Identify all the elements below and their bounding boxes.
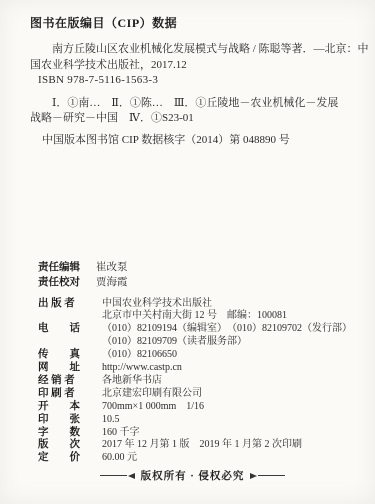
info-row-printer: 印 刷 者 北京建宏印刷有限公司 [38, 388, 355, 401]
staff-credits: 责任编辑 崔改泵 责任校对 贾海霞 [30, 260, 355, 290]
classification-line-2: 战略－研究－中国 Ⅳ．①S23-01 [30, 111, 355, 127]
book-title-entry: 南方丘陵山区农业机械化发展模式与战略 / 陈聪等著．—北京：中 国农业科学技术出… [30, 42, 355, 73]
fax-label: 传 真 [38, 349, 94, 362]
copyright-banner: 版权所有 · 侵权必究 [30, 468, 355, 483]
info-row-wordcount: 字 数 160 千字 [38, 427, 355, 440]
edition-label: 版 次 [38, 439, 94, 452]
price-value: 60.00 元 [102, 452, 137, 465]
publisher-label: 出 版 者 [38, 298, 94, 324]
editor-label: 责任编辑 [38, 260, 84, 275]
distributor-value: 各地新华书店 [102, 375, 162, 388]
copyright-text: 版权所有 · 侵权必究 [141, 468, 245, 483]
info-row-phone: 电 话 （010）82109194（编辑室） （010）82109702（发行部… [38, 323, 355, 349]
phone-line-1: （010）82109194（编辑室） （010）82109702（发行部） [102, 323, 352, 336]
book-title-line-2: 国农业科学技术出版社，2017.12 [30, 58, 355, 74]
cip-classification: Ⅰ．①南… Ⅱ．①陈… Ⅲ．①丘陵地－农业机械化－发展 战略－研究－中国 Ⅳ．①… [30, 96, 355, 127]
info-row-edition: 版 次 2017 年 12 月第 1 版 2019 年 1 月第 2 次印刷 [38, 439, 355, 452]
website-label: 网 址 [38, 362, 94, 375]
cip-header: 图书在版编目（CIP）数据 [30, 14, 355, 31]
isbn: ISBN 978-7-5116-1563-3 [30, 73, 355, 89]
info-row-sheets: 印 张 10.5 [38, 414, 355, 427]
distributor-label: 经 销 者 [38, 375, 94, 388]
fax-number: （010）82106650 [102, 349, 177, 362]
proofreader-label: 责任校对 [38, 275, 84, 290]
banner-rule-right [258, 475, 285, 476]
publication-info: 出 版 者 中国农业科学技术出版社 北京市中关村南大街 12 号 邮编：1000… [30, 298, 355, 466]
wordcount-label: 字 数 [38, 427, 94, 440]
format-label: 开 本 [38, 401, 94, 414]
copyright-arrow-left-icon [128, 473, 135, 479]
phone-value: （010）82109194（编辑室） （010）82109702（发行部） （0… [102, 323, 352, 349]
printer-label: 印 刷 者 [38, 388, 94, 401]
staff-row-editor: 责任编辑 崔改泵 [38, 260, 355, 275]
publisher-name: 中国农业科学技术出版社 [102, 298, 287, 311]
price-label: 定 价 [38, 452, 94, 465]
classification-line-1: Ⅰ．①南… Ⅱ．①陈… Ⅲ．①丘陵地－农业机械化－发展 [30, 96, 355, 112]
cip-copyright-page: 图书在版编目（CIP）数据 南方丘陵山区农业机械化发展模式与战略 / 陈聪等著．… [0, 0, 375, 504]
website-url: http://www.castp.cn [102, 362, 182, 375]
printer-value: 北京建宏印刷有限公司 [102, 388, 202, 401]
publisher-value: 中国农业科学技术出版社 北京市中关村南大街 12 号 邮编：100081 [102, 298, 287, 324]
phone-line-2: （010）82109709（读者服务部） [102, 336, 352, 349]
info-row-fax: 传 真 （010）82106650 [38, 349, 355, 362]
staff-row-proofreader: 责任校对 贾海霞 [38, 275, 355, 290]
sheets-label: 印 张 [38, 414, 94, 427]
publisher-address: 北京市中关村南大街 12 号 邮编：100081 [102, 310, 287, 323]
book-title-line-1: 南方丘陵山区农业机械化发展模式与战略 / 陈聪等著．—北京：中 [30, 42, 355, 58]
edition-value: 2017 年 12 月第 1 版 2019 年 1 月第 2 次印刷 [102, 439, 302, 452]
sheets-value: 10.5 [102, 414, 120, 427]
copyright-arrow-right-icon [250, 473, 257, 479]
proofreader-name: 贾海霞 [96, 275, 128, 290]
info-row-price: 定 价 60.00 元 [38, 452, 355, 465]
info-row-format: 开 本 700mm×1 000mm 1/16 [38, 401, 355, 414]
cip-block: 图书在版编目（CIP）数据 南方丘陵山区农业机械化发展模式与战略 / 陈聪等著．… [30, 14, 355, 148]
phone-label: 电 话 [38, 323, 94, 349]
info-row-publisher: 出 版 者 中国农业科学技术出版社 北京市中关村南大街 12 号 邮编：1000… [38, 298, 355, 324]
format-value: 700mm×1 000mm 1/16 [102, 401, 204, 414]
info-row-website: 网 址 http://www.castp.cn [38, 362, 355, 375]
editor-name: 崔改泵 [96, 260, 128, 275]
wordcount-value: 160 千字 [102, 427, 140, 440]
info-row-distributor: 经 销 者 各地新华书店 [38, 375, 355, 388]
banner-rule-left [100, 475, 127, 476]
cip-record-number: 中国版本图书馆 CIP 数据核字（2014）第 048890 号 [30, 133, 355, 148]
